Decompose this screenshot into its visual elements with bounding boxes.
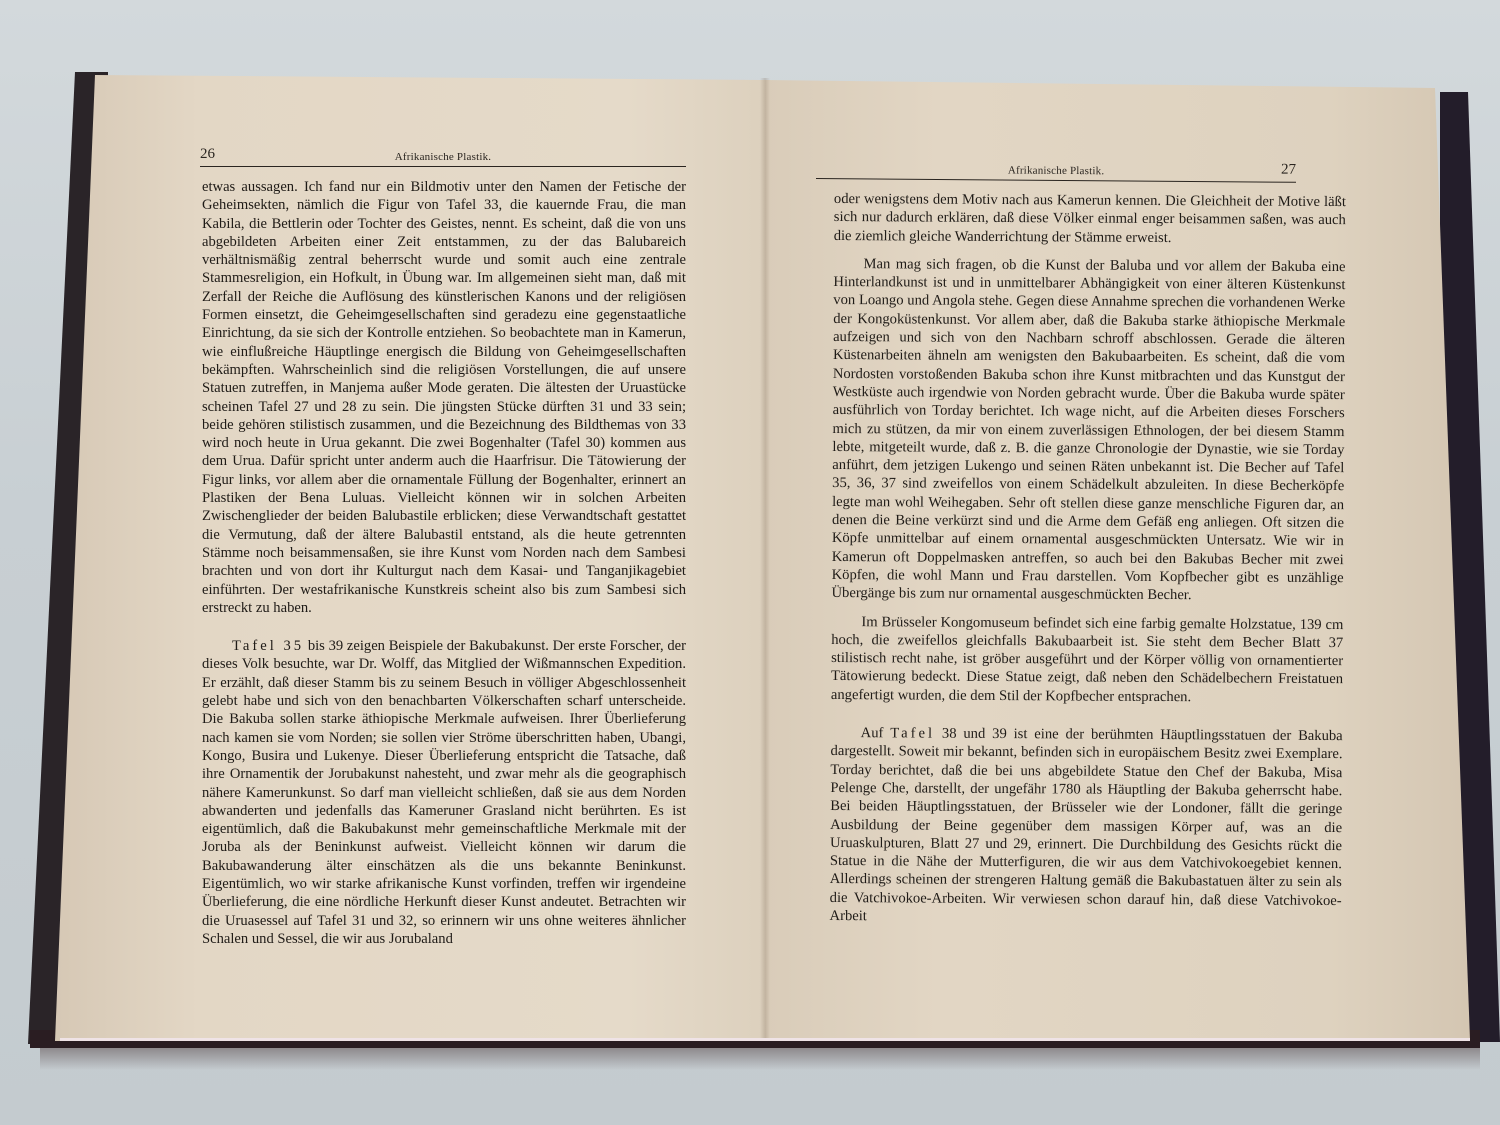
paragraph: Man mag sich fragen, ob die Kunst der Ba…: [831, 255, 1345, 606]
paragraph: Tafel 35 bis 39 zeigen Beispiele der Bak…: [202, 637, 686, 948]
left-page-number: 26: [200, 146, 215, 163]
paragraph: Im Brüsseler Kongomuseum befindet sich e…: [831, 613, 1344, 708]
right-page-number: 27: [1281, 162, 1296, 179]
right-running-head: 27 Afrikanische Plastik. 27: [816, 158, 1296, 183]
left-page-text: etwas aussagen. Ich fand nur ein Bildmot…: [202, 178, 686, 948]
paragraph: oder wenigstens dem Motiv nach aus Kamer…: [834, 190, 1346, 248]
plate-reference: Tafel 35: [232, 638, 304, 654]
right-page-text: oder wenigstens dem Motiv nach aus Kamer…: [830, 190, 1346, 928]
left-running-head: 26 Afrikanische Plastik. 26: [200, 146, 686, 167]
paragraph: Auf Tafel 38 und 39 ist eine der berühmt…: [830, 724, 1343, 928]
right-running-title: Afrikanische Plastik.: [831, 163, 1281, 179]
paragraph: etwas aussagen. Ich fand nur ein Bildmot…: [202, 178, 686, 617]
page-edge: [60, 1038, 1470, 1041]
left-running-title: Afrikanische Plastik.: [215, 151, 671, 163]
plate-reference: Tafel: [890, 725, 935, 741]
book-gutter: [760, 78, 770, 1040]
